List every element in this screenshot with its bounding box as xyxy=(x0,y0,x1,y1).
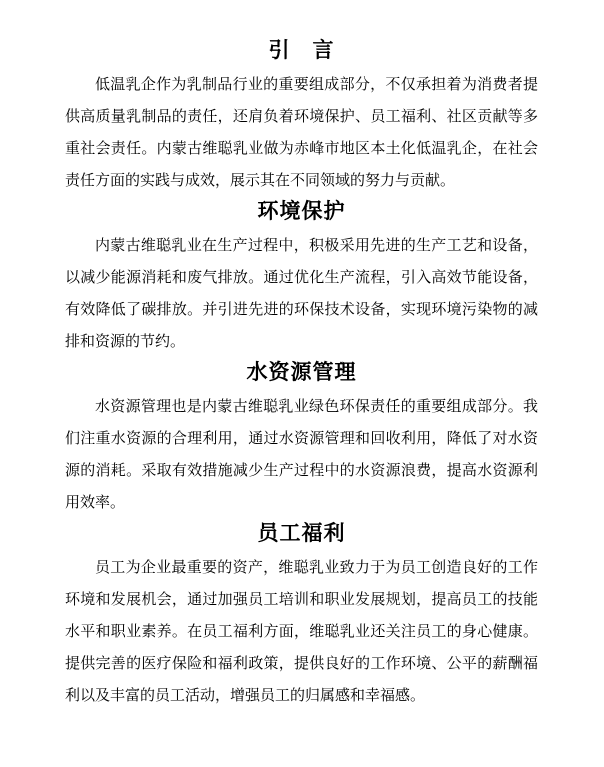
section-employee-welfare: 员工福利 员工为企业最重要的资产，维聪乳业致力于为员工创造良好的工作环境和发展机… xyxy=(65,520,538,712)
section-environmental-protection: 环境保护 内蒙古维聪乳业在生产过程中，积极采用先进的生产工艺和设备，以减少能源消… xyxy=(65,198,538,358)
section-introduction: 引 言 低温乳企作为乳制品行业的重要组成部分，不仅承担着为消费者提供高质量乳制品… xyxy=(65,37,538,197)
section-paragraph-environmental-protection: 内蒙古维聪乳业在生产过程中，积极采用先进的生产工艺和设备，以减少能源消耗和废气排… xyxy=(65,230,538,358)
section-water-resource-management: 水资源管理 水资源管理也是内蒙古维聪乳业绿色环保责任的重要组成部分。我们注重水资… xyxy=(65,359,538,519)
section-paragraph-introduction: 低温乳企作为乳制品行业的重要组成部分，不仅承担着为消费者提供高质量乳制品的责任，… xyxy=(65,69,538,197)
section-heading-environmental-protection: 环境保护 xyxy=(65,198,538,226)
section-heading-employee-welfare: 员工福利 xyxy=(65,520,538,548)
section-paragraph-water-resource-management: 水资源管理也是内蒙古维聪乳业绿色环保责任的重要组成部分。我们注重水资源的合理利用… xyxy=(65,391,538,519)
section-heading-introduction: 引 言 xyxy=(65,37,538,65)
section-heading-water-resource-management: 水资源管理 xyxy=(65,359,538,387)
document-page: 引 言 低温乳企作为乳制品行业的重要组成部分，不仅承担着为消费者提供高质量乳制品… xyxy=(0,0,604,767)
section-paragraph-employee-welfare: 员工为企业最重要的资产，维聪乳业致力于为员工创造良好的工作环境和发展机会，通过加… xyxy=(65,552,538,712)
